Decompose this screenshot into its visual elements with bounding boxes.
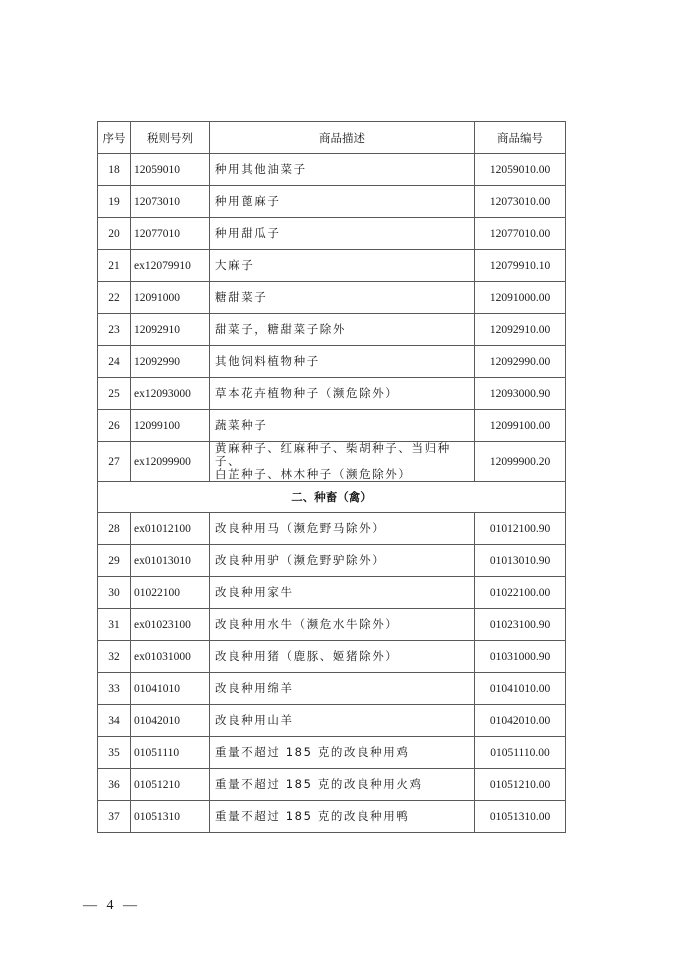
tariff-code: 12059010 xyxy=(131,154,210,186)
tariff-code: 12092990 xyxy=(131,346,210,378)
serial-no: 26 xyxy=(98,410,131,442)
serial-no: 25 xyxy=(98,378,131,410)
description: 改良种用绵羊 xyxy=(210,673,475,705)
commodity-code: 12099100.00 xyxy=(475,410,566,442)
serial-no: 36 xyxy=(98,769,131,801)
serial-no: 18 xyxy=(98,154,131,186)
commodity-code: 01023100.90 xyxy=(475,609,566,641)
tariff-code: ex01012100 xyxy=(131,513,210,545)
description: 草本花卉植物种子（濒危除外） xyxy=(210,378,475,410)
commodity-code: 01012100.90 xyxy=(475,513,566,545)
table-row: 21 ex12079910 大麻子 12079910.10 xyxy=(98,250,566,282)
commodity-code: 01051310.00 xyxy=(475,801,566,833)
table-row: 36 01051210 重量不超过 185 克的改良种用火鸡 01051210.… xyxy=(98,769,566,801)
table-row: 32 ex01031000 改良种用猪（鹿豚、姬猪除外） 01031000.90 xyxy=(98,641,566,673)
serial-no: 34 xyxy=(98,705,131,737)
tariff-code: 12099100 xyxy=(131,410,210,442)
tariff-code: 01051210 xyxy=(131,769,210,801)
description: 重量不超过 185 克的改良种用鸡 xyxy=(210,737,475,769)
commodity-code: 01031000.90 xyxy=(475,641,566,673)
tariff-code: 12073010 xyxy=(131,186,210,218)
tariff-code: 01042010 xyxy=(131,705,210,737)
table-row: 35 01051110 重量不超过 185 克的改良种用鸡 01051110.0… xyxy=(98,737,566,769)
description: 蔬菜种子 xyxy=(210,410,475,442)
commodity-code: 12059010.00 xyxy=(475,154,566,186)
description: 改良种用水牛（濒危水牛除外） xyxy=(210,609,475,641)
table-row: 23 12092910 甜菜子，糖甜菜子除外 12092910.00 xyxy=(98,314,566,346)
table-row: 22 12091000 糖甜菜子 12091000.00 xyxy=(98,282,566,314)
description: 大麻子 xyxy=(210,250,475,282)
description: 改良种用猪（鹿豚、姬猪除外） xyxy=(210,641,475,673)
commodity-code: 12092990.00 xyxy=(475,346,566,378)
table-row: 37 01051310 重量不超过 185 克的改良种用鸭 01051310.0… xyxy=(98,801,566,833)
header-commodity-code: 商品编号 xyxy=(475,122,566,154)
commodity-code: 12099900.20 xyxy=(475,442,566,482)
tariff-code: ex12099900 xyxy=(131,442,210,482)
table-row: 19 12073010 种用蓖麻子 12073010.00 xyxy=(98,186,566,218)
serial-no: 31 xyxy=(98,609,131,641)
commodity-code: 12073010.00 xyxy=(475,186,566,218)
header-serial-no: 序号 xyxy=(98,122,131,154)
description: 种用蓖麻子 xyxy=(210,186,475,218)
table-row: 18 12059010 种用其他油菜子 12059010.00 xyxy=(98,154,566,186)
serial-no: 23 xyxy=(98,314,131,346)
serial-no: 20 xyxy=(98,218,131,250)
tariff-code: ex12079910 xyxy=(131,250,210,282)
commodity-code: 01013010.90 xyxy=(475,545,566,577)
tariff-code: 12091000 xyxy=(131,282,210,314)
tariff-code: 01022100 xyxy=(131,577,210,609)
serial-no: 21 xyxy=(98,250,131,282)
section-title: 二、种畜（禽） xyxy=(98,482,566,513)
serial-no: 33 xyxy=(98,673,131,705)
table-header-row: 序号 税则号列 商品描述 商品编号 xyxy=(98,122,566,154)
serial-no: 19 xyxy=(98,186,131,218)
description: 甜菜子，糖甜菜子除外 xyxy=(210,314,475,346)
serial-no: 29 xyxy=(98,545,131,577)
description: 糖甜菜子 xyxy=(210,282,475,314)
tariff-code: 01051310 xyxy=(131,801,210,833)
serial-no: 37 xyxy=(98,801,131,833)
table-row: 34 01042010 改良种用山羊 01042010.00 xyxy=(98,705,566,737)
description: 重量不超过 185 克的改良种用火鸡 xyxy=(210,769,475,801)
tariff-table: 序号 税则号列 商品描述 商品编号 18 12059010 种用其他油菜子 12… xyxy=(97,121,566,833)
commodity-code: 01041010.00 xyxy=(475,673,566,705)
commodity-code: 12091000.00 xyxy=(475,282,566,314)
table-row: 25 ex12093000 草本花卉植物种子（濒危除外） 12093000.90 xyxy=(98,378,566,410)
table-row: 31 ex01023100 改良种用水牛（濒危水牛除外） 01023100.90 xyxy=(98,609,566,641)
description: 重量不超过 185 克的改良种用鸭 xyxy=(210,801,475,833)
serial-no: 28 xyxy=(98,513,131,545)
description: 改良种用马（濒危野马除外） xyxy=(210,513,475,545)
description: 改良种用家牛 xyxy=(210,577,475,609)
tariff-code: 01051110 xyxy=(131,737,210,769)
page-number: — 4 — xyxy=(83,898,140,914)
description: 改良种用山羊 xyxy=(210,705,475,737)
table-row: 24 12092990 其他饲料植物种子 12092990.00 xyxy=(98,346,566,378)
commodity-code: 12079910.10 xyxy=(475,250,566,282)
commodity-code: 12093000.90 xyxy=(475,378,566,410)
table-row: 29 ex01013010 改良种用驴（濒危野驴除外） 01013010.90 xyxy=(98,545,566,577)
section-header-row: 二、种畜（禽） xyxy=(98,482,566,513)
tariff-code: ex01013010 xyxy=(131,545,210,577)
serial-no: 27 xyxy=(98,442,131,482)
description: 黄麻种子、红麻种子、柴胡种子、当归种子、 白芷种子、林木种子（濒危除外） xyxy=(210,442,475,482)
description: 其他饲料植物种子 xyxy=(210,346,475,378)
table-row: 30 01022100 改良种用家牛 01022100.00 xyxy=(98,577,566,609)
tariff-code: ex01031000 xyxy=(131,641,210,673)
description: 种用甜瓜子 xyxy=(210,218,475,250)
serial-no: 35 xyxy=(98,737,131,769)
description: 种用其他油菜子 xyxy=(210,154,475,186)
serial-no: 22 xyxy=(98,282,131,314)
commodity-code: 12092910.00 xyxy=(475,314,566,346)
table-row: 20 12077010 种用甜瓜子 12077010.00 xyxy=(98,218,566,250)
tariff-code: ex12093000 xyxy=(131,378,210,410)
serial-no: 24 xyxy=(98,346,131,378)
table-row: 26 12099100 蔬菜种子 12099100.00 xyxy=(98,410,566,442)
tariff-code: 12092910 xyxy=(131,314,210,346)
commodity-code: 12077010.00 xyxy=(475,218,566,250)
tariff-code: 01041010 xyxy=(131,673,210,705)
tariff-code: 12077010 xyxy=(131,218,210,250)
serial-no: 30 xyxy=(98,577,131,609)
table-row: 28 ex01012100 改良种用马（濒危野马除外） 01012100.90 xyxy=(98,513,566,545)
description-line-2: 白芷种子、林木种子（濒危除外） xyxy=(215,468,474,481)
description: 改良种用驴（濒危野驴除外） xyxy=(210,545,475,577)
commodity-code: 01051110.00 xyxy=(475,737,566,769)
commodity-code: 01042010.00 xyxy=(475,705,566,737)
commodity-code: 01051210.00 xyxy=(475,769,566,801)
commodity-code: 01022100.00 xyxy=(475,577,566,609)
tariff-code: ex01023100 xyxy=(131,609,210,641)
table-row: 33 01041010 改良种用绵羊 01041010.00 xyxy=(98,673,566,705)
header-description: 商品描述 xyxy=(210,122,475,154)
serial-no: 32 xyxy=(98,641,131,673)
header-tariff-code: 税则号列 xyxy=(131,122,210,154)
table-row: 27 ex12099900 黄麻种子、红麻种子、柴胡种子、当归种子、 白芷种子、… xyxy=(98,442,566,482)
description-line-1: 黄麻种子、红麻种子、柴胡种子、当归种子、 xyxy=(215,442,474,468)
